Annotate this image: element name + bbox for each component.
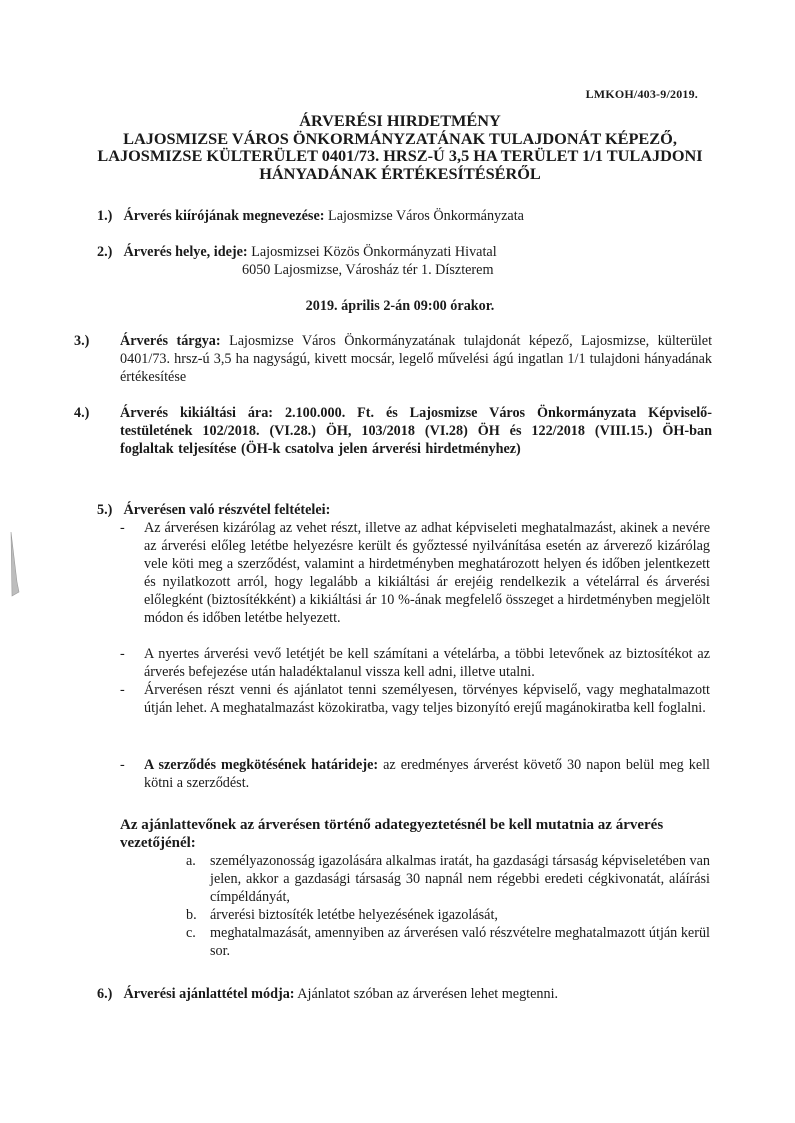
title-line: ÁRVERÉSI HIRDETMÉNY xyxy=(80,112,720,130)
section-label: Árverés tárgya: xyxy=(120,333,221,349)
auction-datetime: 2019. április 2-án 09:00 órakor. xyxy=(80,297,720,315)
section-label: Árverés helye, ideje: xyxy=(124,244,248,260)
section-number: 2.) xyxy=(97,243,120,261)
deadline-label: A szerződés megkötésének határideje: xyxy=(144,757,378,773)
reference-number: LMKOH/403-9/2019. xyxy=(586,85,698,103)
bullet-text: A szerződés megkötésének határideje: az … xyxy=(144,756,710,792)
requirement-item: c. meghatalmazását, amennyiben az árveré… xyxy=(186,924,710,960)
bullet-dash: - xyxy=(120,756,140,774)
section-label: Árverés kiírójának megnevezése: xyxy=(124,208,325,224)
title-line: HÁNYADÁNAK ÉRTÉKESÍTÉSÉRŐL xyxy=(80,165,720,183)
bullet-dash: - xyxy=(120,645,140,663)
section-number: 1.) xyxy=(97,207,120,225)
condition-bullet: - Árverésen részt venni és ajánlatot ten… xyxy=(120,681,710,717)
section-number: 6.) xyxy=(97,985,120,1003)
section-label: Árverésen való részvétel feltételei: xyxy=(124,502,331,518)
title-line: LAJOSMIZSE KÜLTERÜLET 0401/73. HRSZ-Ú 3,… xyxy=(80,147,720,165)
requirement-letter: a. xyxy=(186,852,196,870)
requirement-letter: b. xyxy=(186,906,197,924)
requirement-text: meghatalmazását, amennyiben az árverésen… xyxy=(210,924,710,960)
section-3: 3.)Árverés tárgya: Lajosmizse Város Önko… xyxy=(97,332,712,386)
bullet-text: A nyertes árverési vevő letétjét be kell… xyxy=(144,645,710,681)
section-text: Ajánlatot szóban az árverésen lehet megt… xyxy=(297,986,558,1002)
title-line: LAJOSMIZSE VÁROS ÖNKORMÁNYZATÁNAK TULAJD… xyxy=(80,130,720,148)
condition-bullet: - A nyertes árverési vevő letétjét be ke… xyxy=(120,645,710,681)
bullet-text: Az árverésen kizárólag az vehet részt, i… xyxy=(144,519,710,627)
bullet-dash: - xyxy=(120,681,140,699)
section-text: Lajosmizse Város Önkormányzata xyxy=(328,208,524,224)
requirement-letter: c. xyxy=(186,924,196,942)
section-6: 6.) Árverési ajánlattétel módja: Ajánlat… xyxy=(97,985,712,1003)
bullet-text: Árverésen részt venni és ajánlatot tenni… xyxy=(144,681,710,717)
section-number: 4.) xyxy=(97,404,120,422)
section-5: 5.) Árverésen való részvétel feltételei: xyxy=(97,501,712,519)
contract-deadline: - A szerződés megkötésének határideje: a… xyxy=(120,756,710,792)
document-title: ÁRVERÉSI HIRDETMÉNY LAJOSMIZSE VÁROS ÖNK… xyxy=(80,112,720,182)
requirement-text: személyazonosság igazolására alkalmas ir… xyxy=(210,852,710,906)
scan-artifact-mark xyxy=(10,532,24,598)
requirement-text: árverési biztosíték letétbe helyezésének… xyxy=(210,906,710,924)
section-label: Árverési ajánlattétel módja: xyxy=(124,986,295,1002)
bullet-dash: - xyxy=(120,519,140,537)
condition-bullet: - Az árverésen kizárólag az vehet részt,… xyxy=(120,519,710,627)
section-1: 1.) Árverés kiírójának megnevezése: Lajo… xyxy=(97,207,712,225)
section-number: 5.) xyxy=(97,501,120,519)
requirement-item: a. személyazonosság igazolására alkalmas… xyxy=(186,852,710,906)
section-number: 3.) xyxy=(97,332,120,350)
section-text: Lajosmizsei Közös Önkormányzati Hivatal xyxy=(251,244,496,260)
section-2-address: 6050 Lajosmizse, Városház tér 1. Díszter… xyxy=(242,261,494,279)
requirements-heading: Az ajánlattevőnek az árverésen történő a… xyxy=(120,816,712,852)
section-label: Árverés kikiáltási ára: xyxy=(120,405,273,421)
section-2: 2.) Árverés helye, ideje: Lajosmizsei Kö… xyxy=(97,243,712,261)
requirement-item: b. árverési biztosíték letétbe helyezésé… xyxy=(186,906,710,924)
section-4: 4.)Árverés kikiáltási ára: 2.100.000. Ft… xyxy=(97,404,712,458)
